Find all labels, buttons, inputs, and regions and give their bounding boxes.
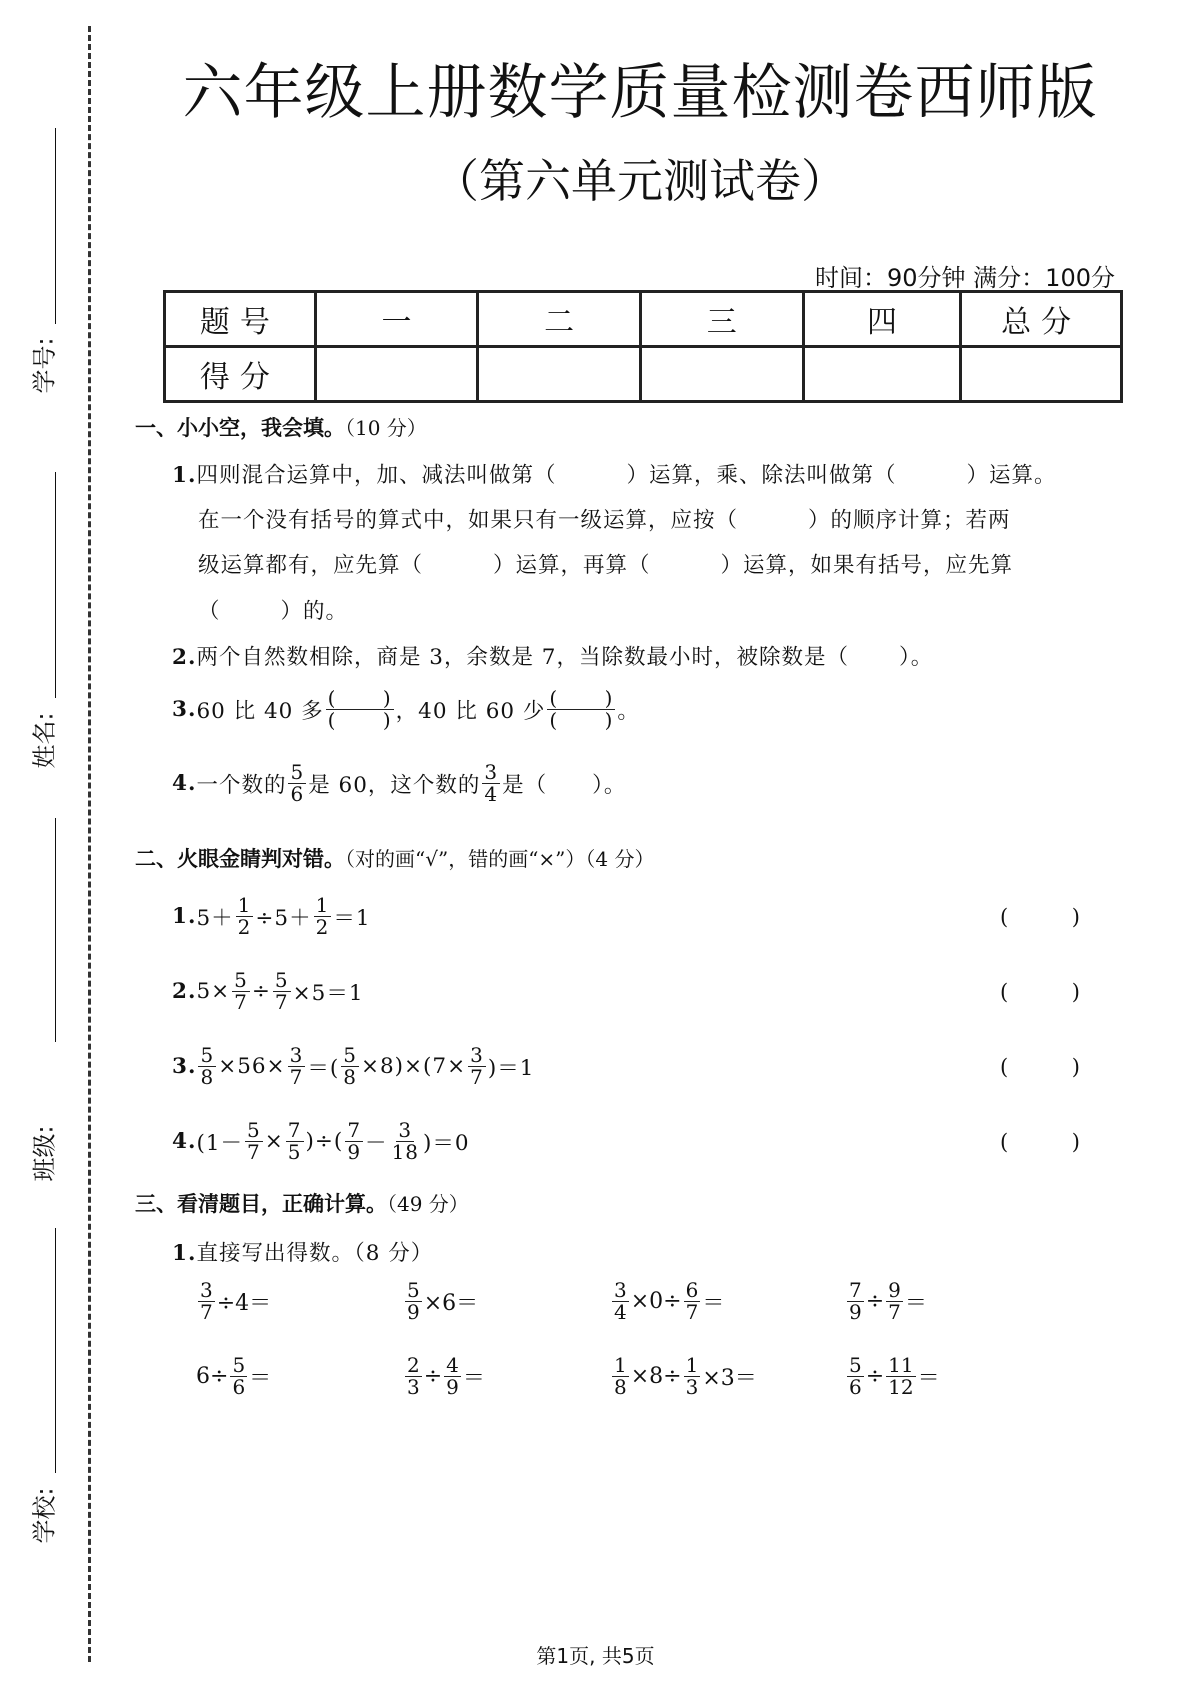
fraction: 37	[468, 1045, 486, 1088]
s2-item-2: 2.5× 57 ÷ 57 ×5＝1	[172, 970, 364, 1013]
text: （	[198, 599, 221, 624]
question-number: 4.	[172, 771, 196, 796]
text: ）。	[592, 768, 626, 799]
section-1-points: （10 分）	[345, 416, 427, 440]
question-number: 1.	[172, 463, 196, 488]
page-number: 第1页, 共5页	[0, 1640, 1191, 1669]
fraction: 56	[288, 762, 306, 805]
text: ，40 比 60 少	[396, 694, 546, 725]
fraction: 34	[482, 762, 500, 805]
text: 级运算都有，应先算（	[198, 553, 423, 578]
text: 是 60，这个数的	[308, 768, 480, 799]
text: 在一个没有括号的算式中，如果只有一级运算，应按（	[198, 508, 738, 533]
question-number: 1.	[172, 1241, 196, 1266]
section-1-heading: 一、小小空，我会填。（10 分）	[135, 412, 427, 442]
student-id-label: 学号:	[22, 330, 62, 400]
fraction: 57	[232, 970, 250, 1013]
class-label: 班级:	[22, 1118, 62, 1188]
calc-item: 37÷4＝	[196, 1280, 271, 1323]
s1-q1-line2: 在一个没有括号的算式中，如果只有一级运算，应按（）的顺序计算；若两	[198, 503, 1011, 534]
score-cell-1[interactable]	[315, 347, 478, 402]
header-cell-2: 二	[478, 292, 641, 347]
score-cell-2[interactable]	[478, 347, 641, 402]
header-cell-total: 总分	[961, 292, 1122, 347]
header-cell-3: 三	[640, 292, 803, 347]
calc-item: 23÷49＝	[403, 1355, 485, 1398]
cut-line-dashed	[88, 26, 91, 1662]
fraction: 75	[286, 1120, 304, 1163]
calc-item: 79÷97＝	[845, 1280, 927, 1323]
exam-meta: 时间：90分钟 满分：100分	[815, 258, 1115, 293]
calc-item: 59×6＝	[403, 1280, 478, 1323]
header-cell-question-no: 题号	[165, 292, 316, 347]
section-1-title: 一、小小空，我会填。	[135, 416, 345, 440]
judge-answer-3[interactable]: ()	[1000, 1055, 1080, 1079]
s1-q4: 4.一个数的 56 是 60，这个数的 34 是（）。	[172, 762, 626, 805]
text: ）。	[899, 645, 933, 670]
s1-q1-line3: 级运算都有，应先算（）运算，再算（）运算，如果有括号，应先算	[198, 548, 1013, 579]
header-cell-1: 一	[315, 292, 478, 347]
class-fill-line[interactable]	[55, 818, 56, 1042]
score-cell-total[interactable]	[961, 347, 1122, 402]
text: 两个自然数相除，商是 3，余数是 7，当除数最小时，被除数是（	[196, 645, 849, 670]
school-label: 学校:	[22, 1480, 62, 1550]
name-label: 姓名:	[22, 705, 62, 775]
section-2-title: 二、火眼金睛判对错。	[135, 847, 345, 871]
section-2-heading: 二、火眼金睛判对错。（对的画“√”，错的画“×”）（4 分）	[135, 843, 654, 873]
score-table: 题号 一 二 三 四 总分 得分	[163, 290, 1123, 403]
text: ）的顺序计算；若两	[808, 508, 1011, 533]
page-subtitle: （第六单元测试卷）	[150, 145, 1130, 211]
text: ）的。	[281, 599, 349, 624]
score-table-score-row: 得分	[165, 347, 1122, 402]
judge-answer-4[interactable]: ()	[1000, 1130, 1080, 1154]
section-3-heading: 三、看清题目，正确计算。（49 分）	[135, 1188, 469, 1218]
s1-q1-line4: （）的。	[198, 594, 348, 625]
s1-q2: 2.两个自然数相除，商是 3，余数是 7，当除数最小时，被除数是（）。	[172, 640, 933, 671]
section-3-points: （49 分）	[387, 1192, 469, 1216]
text: ）运算。	[966, 463, 1056, 488]
judge-answer-2[interactable]: ()	[1000, 980, 1080, 1004]
question-number: 1.	[172, 904, 196, 929]
fraction: 57	[245, 1120, 263, 1163]
score-row-label: 得分	[165, 347, 316, 402]
calc-item: 56÷1112＝	[845, 1355, 940, 1398]
text: ）运算，如果有括号，应先算	[721, 553, 1014, 578]
text: 直接写出得数。	[196, 1241, 354, 1266]
fraction: 79	[345, 1120, 363, 1163]
section-3-title: 三、看清题目，正确计算。	[135, 1192, 387, 1216]
s1-q1-line1: 1.四则混合运算中，加、减法叫做第（）运算，乘、除法叫做第（）运算。	[172, 458, 1057, 489]
s2-item-4: 4.(1－ 57 × 75 )÷( 79 － 318 )＝0	[172, 1120, 470, 1163]
name-fill-line[interactable]	[55, 472, 56, 698]
fraction: 12	[236, 895, 254, 938]
fraction: 37	[288, 1045, 306, 1088]
section-2-instruction: （对的画“√”，错的画“×”）（4 分）	[345, 847, 654, 871]
s2-item-3: 3. 58 ×56× 37 ＝( 58 ×8)×(7× 37 )＝1	[172, 1045, 534, 1088]
question-number: 3.	[172, 1054, 196, 1079]
text: 60 比 40 多	[196, 694, 323, 725]
fraction-answer-blank[interactable]: ()()	[326, 688, 394, 731]
school-fill-line[interactable]	[55, 1228, 56, 1473]
page-title: 六年级上册数学质量检测卷西师版	[150, 45, 1130, 131]
score-table-header-row: 题号 一 二 三 四 总分	[165, 292, 1122, 347]
fraction: 318	[390, 1120, 421, 1163]
text: 一个数的	[196, 768, 286, 799]
calc-item: 6÷56＝	[196, 1355, 271, 1398]
text: 是（	[502, 768, 547, 799]
score-cell-3[interactable]	[640, 347, 803, 402]
s3-sub1-heading: 1.直接写出得数。（8 分）	[172, 1236, 433, 1267]
text: ）运算，再算（	[493, 553, 651, 578]
question-number: 2.	[172, 645, 196, 670]
question-number: 2.	[172, 979, 196, 1004]
text: ）运算，乘、除法叫做第（	[626, 463, 896, 488]
fraction: 57	[273, 970, 291, 1013]
question-number: 3.	[172, 697, 196, 722]
s2-item-1: 1.5＋ 12 ÷5＋ 12 ＝1	[172, 895, 371, 938]
calc-item: 18×8÷13×3＝	[610, 1355, 757, 1398]
fraction: 58	[198, 1045, 216, 1088]
calc-item: 34×0÷67＝	[610, 1280, 724, 1323]
question-number: 4.	[172, 1129, 196, 1154]
text: 。	[617, 694, 640, 725]
header-cell-4: 四	[803, 292, 961, 347]
fraction: 58	[341, 1045, 359, 1088]
fraction-answer-blank[interactable]: ()()	[547, 688, 615, 731]
text: 四则混合运算中，加、减法叫做第（	[196, 463, 556, 488]
s1-q3: 3.60 比 40 多 ()() ，40 比 60 少 ()() 。	[172, 688, 640, 731]
student-id-fill-line[interactable]	[55, 128, 56, 324]
judge-answer-1[interactable]: ()	[1000, 905, 1080, 929]
score-cell-4[interactable]	[803, 347, 961, 402]
points: （8 分）	[354, 1241, 433, 1266]
fraction: 12	[314, 895, 332, 938]
